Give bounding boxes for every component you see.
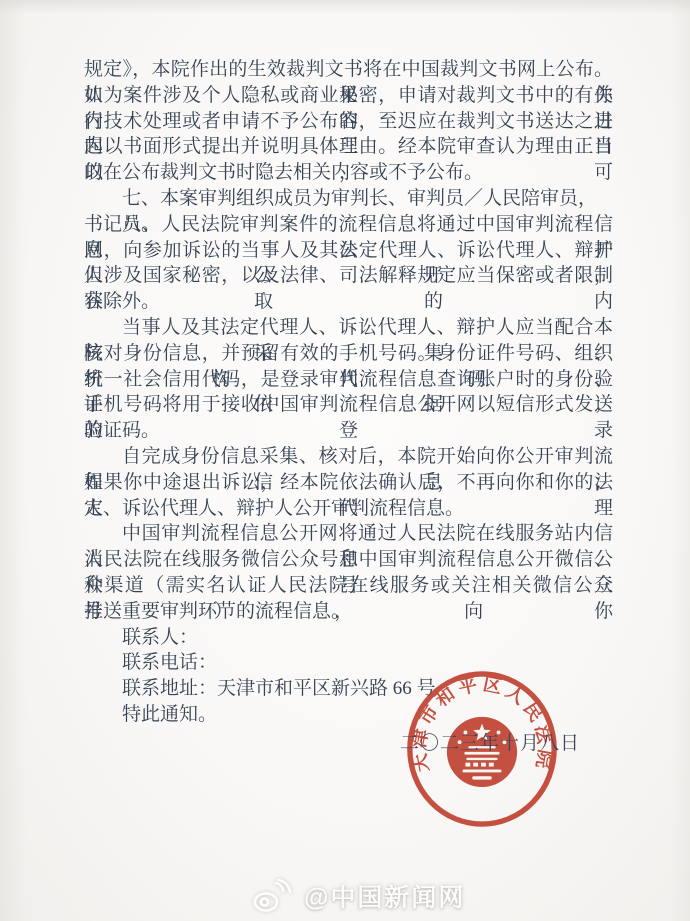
- document-line: 规定》，本院作出的生效裁判文书将在中国裁判文书网上公布。如果你: [84, 57, 613, 83]
- document-line: 联系人：: [84, 625, 613, 651]
- document-line: 手机号码将用于接收中国审判流程信息公开网以短信形式发送的登录: [84, 392, 613, 418]
- document-line: 自完成身份信息采集、核对后，本院开始向你公开审判流程信息；: [84, 444, 613, 470]
- document-line: 行技术处理或者申请不予公布的，至迟应在裁判文书送达之日起三日: [84, 109, 613, 135]
- document-line: 如果你中途退出诉讼，经本院依法确认后，不再向你和你的法定代理: [84, 470, 613, 496]
- document-line: 但涉及国家秘密，以及法律、司法解释规定应当保密或者限制获取的内: [84, 263, 613, 289]
- document-line: 内以书面形式提出并说明具体理由。经本院审查认为理由正当的，可: [84, 134, 613, 160]
- watermark-text: @中国新闻网: [304, 878, 465, 914]
- document-line: 当事人及其法定代理人、诉讼代理人、辩护人应当配合本院采集、: [84, 315, 613, 341]
- document-line: 八、人民法院审判案件的流程信息将通过中国审判流程信息公开: [84, 212, 613, 238]
- document-line: 统一社会信用代码，是登录审判流程信息查询账户时的身份验证依据；: [84, 367, 613, 393]
- issue-date: 二〇二三年十月八日: [400, 728, 580, 755]
- document-body: 规定》，本院作出的生效裁判文书将在中国裁判文书网上公布。如果你认为案件涉及个人隐…: [84, 57, 613, 728]
- document-line: 七、本案审判组织成员为审判长、审判员／人民陪审员，书记员。: [84, 186, 613, 212]
- document-line: 种渠道（需实名认证人民法院在线服务或关注相关微信公众号），向你: [84, 573, 613, 599]
- document-line: 认为案件涉及个人隐私或商业秘密，申请对裁判文书中的有关内容进: [84, 83, 613, 109]
- document-line: 中国审判流程信息公开网将通过人民法院在线服务站内信消息、: [84, 521, 613, 547]
- document-line: 人民法院在线服务微信公众号和中国审判流程信息公开微信公众号三: [84, 547, 613, 573]
- document-line: 网，向参加诉讼的当事人及其法定代理人、诉讼代理人、辩护人公开，: [84, 238, 613, 264]
- document-line: 核对身份信息，并预留有效的手机号码。身份证件号码、组织机构代码、: [84, 341, 613, 367]
- weibo-icon: [252, 878, 296, 914]
- court-notice-page: 规定》，本院作出的生效裁判文书将在中国裁判文书网上公布。如果你认为案件涉及个人隐…: [0, 0, 690, 921]
- watermark: @中国新闻网: [252, 878, 465, 914]
